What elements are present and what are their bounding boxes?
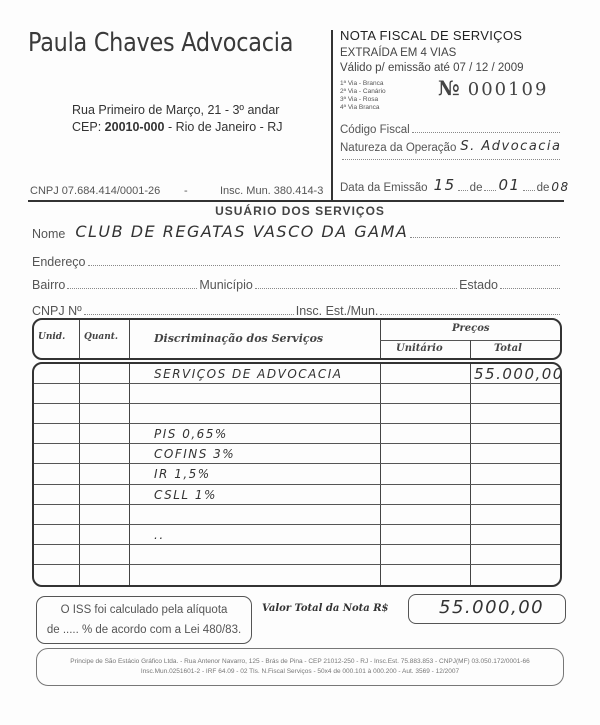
invoice-title: NOTA FISCAL DE SERVIÇOS [340,28,522,43]
issuer-insc-mun: Insc. Mun. 380.414-3 [220,185,323,197]
table-cell-description[interactable]: SERVIÇOS DE ADVOCACIA [154,364,398,384]
table-cell-total[interactable]: 55.000,00 [474,364,560,384]
vias-list: 1ª Via - Branca 2ª Via - Canário 3ª Via … [340,80,386,112]
header-quant: Quant. [84,332,118,342]
data-emissao-field[interactable]: Data da Emissão 15 de 01 de 08 [340,176,562,194]
table-cell-quant[interactable] [81,364,128,384]
natureza-value: S. Advocacia [460,139,561,154]
table-cell-unid[interactable] [36,565,78,585]
services-table-body: SERVIÇOS DE ADVOCACIA55.000,00PIS 0,65%C… [32,362,562,587]
total-value: 55.000,00 [439,597,544,618]
cep-value: 20010-000 [105,120,165,134]
table-cell-total[interactable] [474,485,560,505]
endereco-field[interactable]: Endereço [32,255,562,269]
via-4: 4ª Via Branca [340,104,386,112]
municipio-line[interactable] [255,287,457,289]
bairro-municipio-estado-row: Bairro Município Estado [32,278,562,292]
table-cell-description[interactable] [154,404,398,424]
bairro-label: Bairro [32,278,65,292]
table-cell-unid[interactable] [36,545,78,565]
table-cell-description[interactable] [154,565,398,585]
codigo-fiscal-label: Código Fiscal [340,124,410,136]
nome-field[interactable]: Nome CLUB DE REGATAS VASCO DA GAMA [32,222,562,241]
table-cell-unid[interactable] [36,525,78,545]
table-row: SERVIÇOS DE ADVOCACIA55.000,00 [34,364,560,384]
col-divider [79,320,80,358]
table-cell-unitario[interactable] [383,464,469,484]
table-cell-quant[interactable] [81,404,128,424]
table-row: .. [34,525,560,545]
table-row: PIS 0,65% [34,424,560,444]
number-value: 000109 [468,79,549,100]
table-cell-quant[interactable] [81,424,128,444]
table-cell-unitario[interactable] [383,424,469,444]
table-cell-unitario[interactable] [383,364,469,384]
separator: - [184,185,188,197]
table-row [34,505,560,525]
client-cnpj-label: CNPJ Nº [32,304,82,318]
header-unid: Unid. [38,332,65,342]
client-cnpj-line[interactable] [84,313,294,315]
table-cell-description[interactable]: .. [154,525,398,545]
total-value-box[interactable]: 55.000,00 [408,594,566,624]
via-1: 1ª Via - Branca [340,80,386,88]
data-de-1: de [470,182,483,194]
data-emissao-label: Data da Emissão [340,182,428,194]
services-table-header: Unid. Quant. Discriminação dos Serviços … [32,318,562,360]
table-cell-unid[interactable] [36,424,78,444]
table-cell-description[interactable]: COFINS 3% [154,444,398,464]
header-total: Total [494,343,522,354]
natureza-field[interactable]: Natureza da Operação S. Advocacia [340,139,562,154]
natureza-label: Natureza da Operação [340,142,456,154]
day-line [458,189,468,191]
header-unitario: Unitário [396,343,443,354]
header-divider-horizontal [28,200,564,202]
data-month: 01 [498,176,520,194]
footer-line1: Principe de São Estácio Gráfico Ltda. - … [37,657,563,667]
table-row: CSLL 1% [34,485,560,505]
table-cell-unitario[interactable] [383,444,469,464]
table-cell-unid[interactable] [36,505,78,525]
client-section-title: USUÁRIO DOS SERVIÇOS [0,204,600,218]
table-cell-total[interactable] [474,404,560,424]
cep-label: CEP: [72,120,101,134]
header-discriminacao: Discriminação dos Serviços [154,332,323,345]
municipio-label: Município [199,278,253,292]
table-cell-unid[interactable] [36,384,78,404]
natureza-line-2 [342,158,560,160]
table-cell-description[interactable] [154,545,398,565]
codigo-fiscal-field[interactable]: Código Fiscal [340,124,562,136]
table-row [34,565,560,585]
table-cell-quant[interactable] [81,525,128,545]
validity-note: Válido p/ emissão até 07 / 12 / 2009 [340,62,523,74]
nome-value: CLUB DE REGATAS VASCO DA GAMA [75,222,408,241]
estado-line[interactable] [500,287,560,289]
invoice-number: №000109 [438,76,548,100]
table-row [34,404,560,424]
issuer-cep: CEP: 20010-000 - Rio de Janeiro - RJ [72,120,283,134]
table-row [34,545,560,565]
header-divider-vertical [331,30,333,200]
endereco-line [88,264,560,266]
table-cell-quant[interactable] [81,444,128,464]
table-cell-description[interactable] [154,384,398,404]
number-symbol: № [438,76,460,100]
insc-line[interactable] [380,313,560,315]
nome-line [410,236,560,238]
table-cell-unid[interactable] [36,404,78,424]
iss-note-box: O ISS foi calculado pela alíquota de ...… [36,596,252,644]
table-cell-unitario[interactable] [383,505,469,525]
header-precos: Preços [452,323,490,334]
table-row [34,384,560,404]
issuer-cnpj: CNPJ 07.684.414/0001-26 [30,185,160,197]
table-cell-quant[interactable] [81,485,128,505]
table-cell-unid[interactable] [36,485,78,505]
table-cell-total[interactable] [474,384,560,404]
insc-label: Insc. Est./Mun. [296,304,379,318]
col-divider [470,340,471,358]
table-cell-unitario[interactable] [383,525,469,545]
month-line-b [523,189,535,191]
table-cell-unitario[interactable] [383,565,469,585]
table-cell-total[interactable] [474,444,560,464]
endereco-label: Endereço [32,255,86,269]
data-de-2: de [537,182,550,194]
table-cell-description[interactable]: IR 1,5% [154,464,398,484]
table-cell-quant[interactable] [81,565,128,585]
iss-note-line1: O ISS foi calculado pela alíquota [37,600,251,620]
total-label: Valor Total da Nota R$ [262,603,389,614]
month-line-a [484,189,496,191]
via-3: 3ª Via - Rosa [340,96,386,104]
table-cell-quant[interactable] [81,545,128,565]
table-cell-unitario[interactable] [383,384,469,404]
col-divider [129,320,130,358]
natureza-continuation[interactable] [340,158,562,163]
issuer-address: Rua Primeiro de Março, 21 - 3º andar [72,103,279,117]
estado-label: Estado [459,278,498,292]
table-cell-unitario[interactable] [383,485,469,505]
bairro-line[interactable] [67,287,197,289]
table-cell-unid[interactable] [36,444,78,464]
data-year: 08 [551,180,569,194]
copies-note: EXTRAÍDA EM 4 VIAS [340,47,456,59]
cnpj-insc-row: CNPJ Nº Insc. Est./Mun. [32,304,562,318]
table-row: IR 1,5% [34,464,560,484]
table-row: COFINS 3% [34,444,560,464]
table-cell-total[interactable] [474,565,560,585]
via-2: 2ª Via - Canário [340,88,386,96]
table-cell-unid[interactable] [36,364,78,384]
table-cell-unitario[interactable] [383,545,469,565]
codigo-fiscal-line [412,131,560,133]
city: - Rio de Janeiro - RJ [168,120,283,134]
table-cell-unid[interactable] [36,464,78,484]
table-cell-unitario[interactable] [383,404,469,424]
table-cell-description[interactable]: PIS 0,65% [154,424,398,444]
table-cell-total[interactable] [474,505,560,525]
footer-line2: Insc.Mun.0251601-2 - IRF 64.09 - 02 Tls.… [37,667,563,677]
table-cell-quant[interactable] [81,384,128,404]
table-cell-description[interactable]: CSLL 1% [154,485,398,505]
table-cell-total[interactable] [474,424,560,444]
table-cell-total[interactable] [474,464,560,484]
table-cell-quant[interactable] [81,505,128,525]
col-divider [380,320,381,358]
table-cell-quant[interactable] [81,464,128,484]
data-day: 15 [434,176,456,194]
iss-note-line2: de ..... % de acordo com a Lei 480/83. [37,620,251,640]
table-cell-total[interactable] [474,545,560,565]
nome-label: Nome [32,227,65,241]
company-name: Paula Chaves Advocacia [28,28,293,58]
table-cell-description[interactable] [154,505,398,525]
printer-footer: Principe de São Estácio Gráfico Ltda. - … [36,648,564,686]
table-cell-total[interactable] [474,525,560,545]
